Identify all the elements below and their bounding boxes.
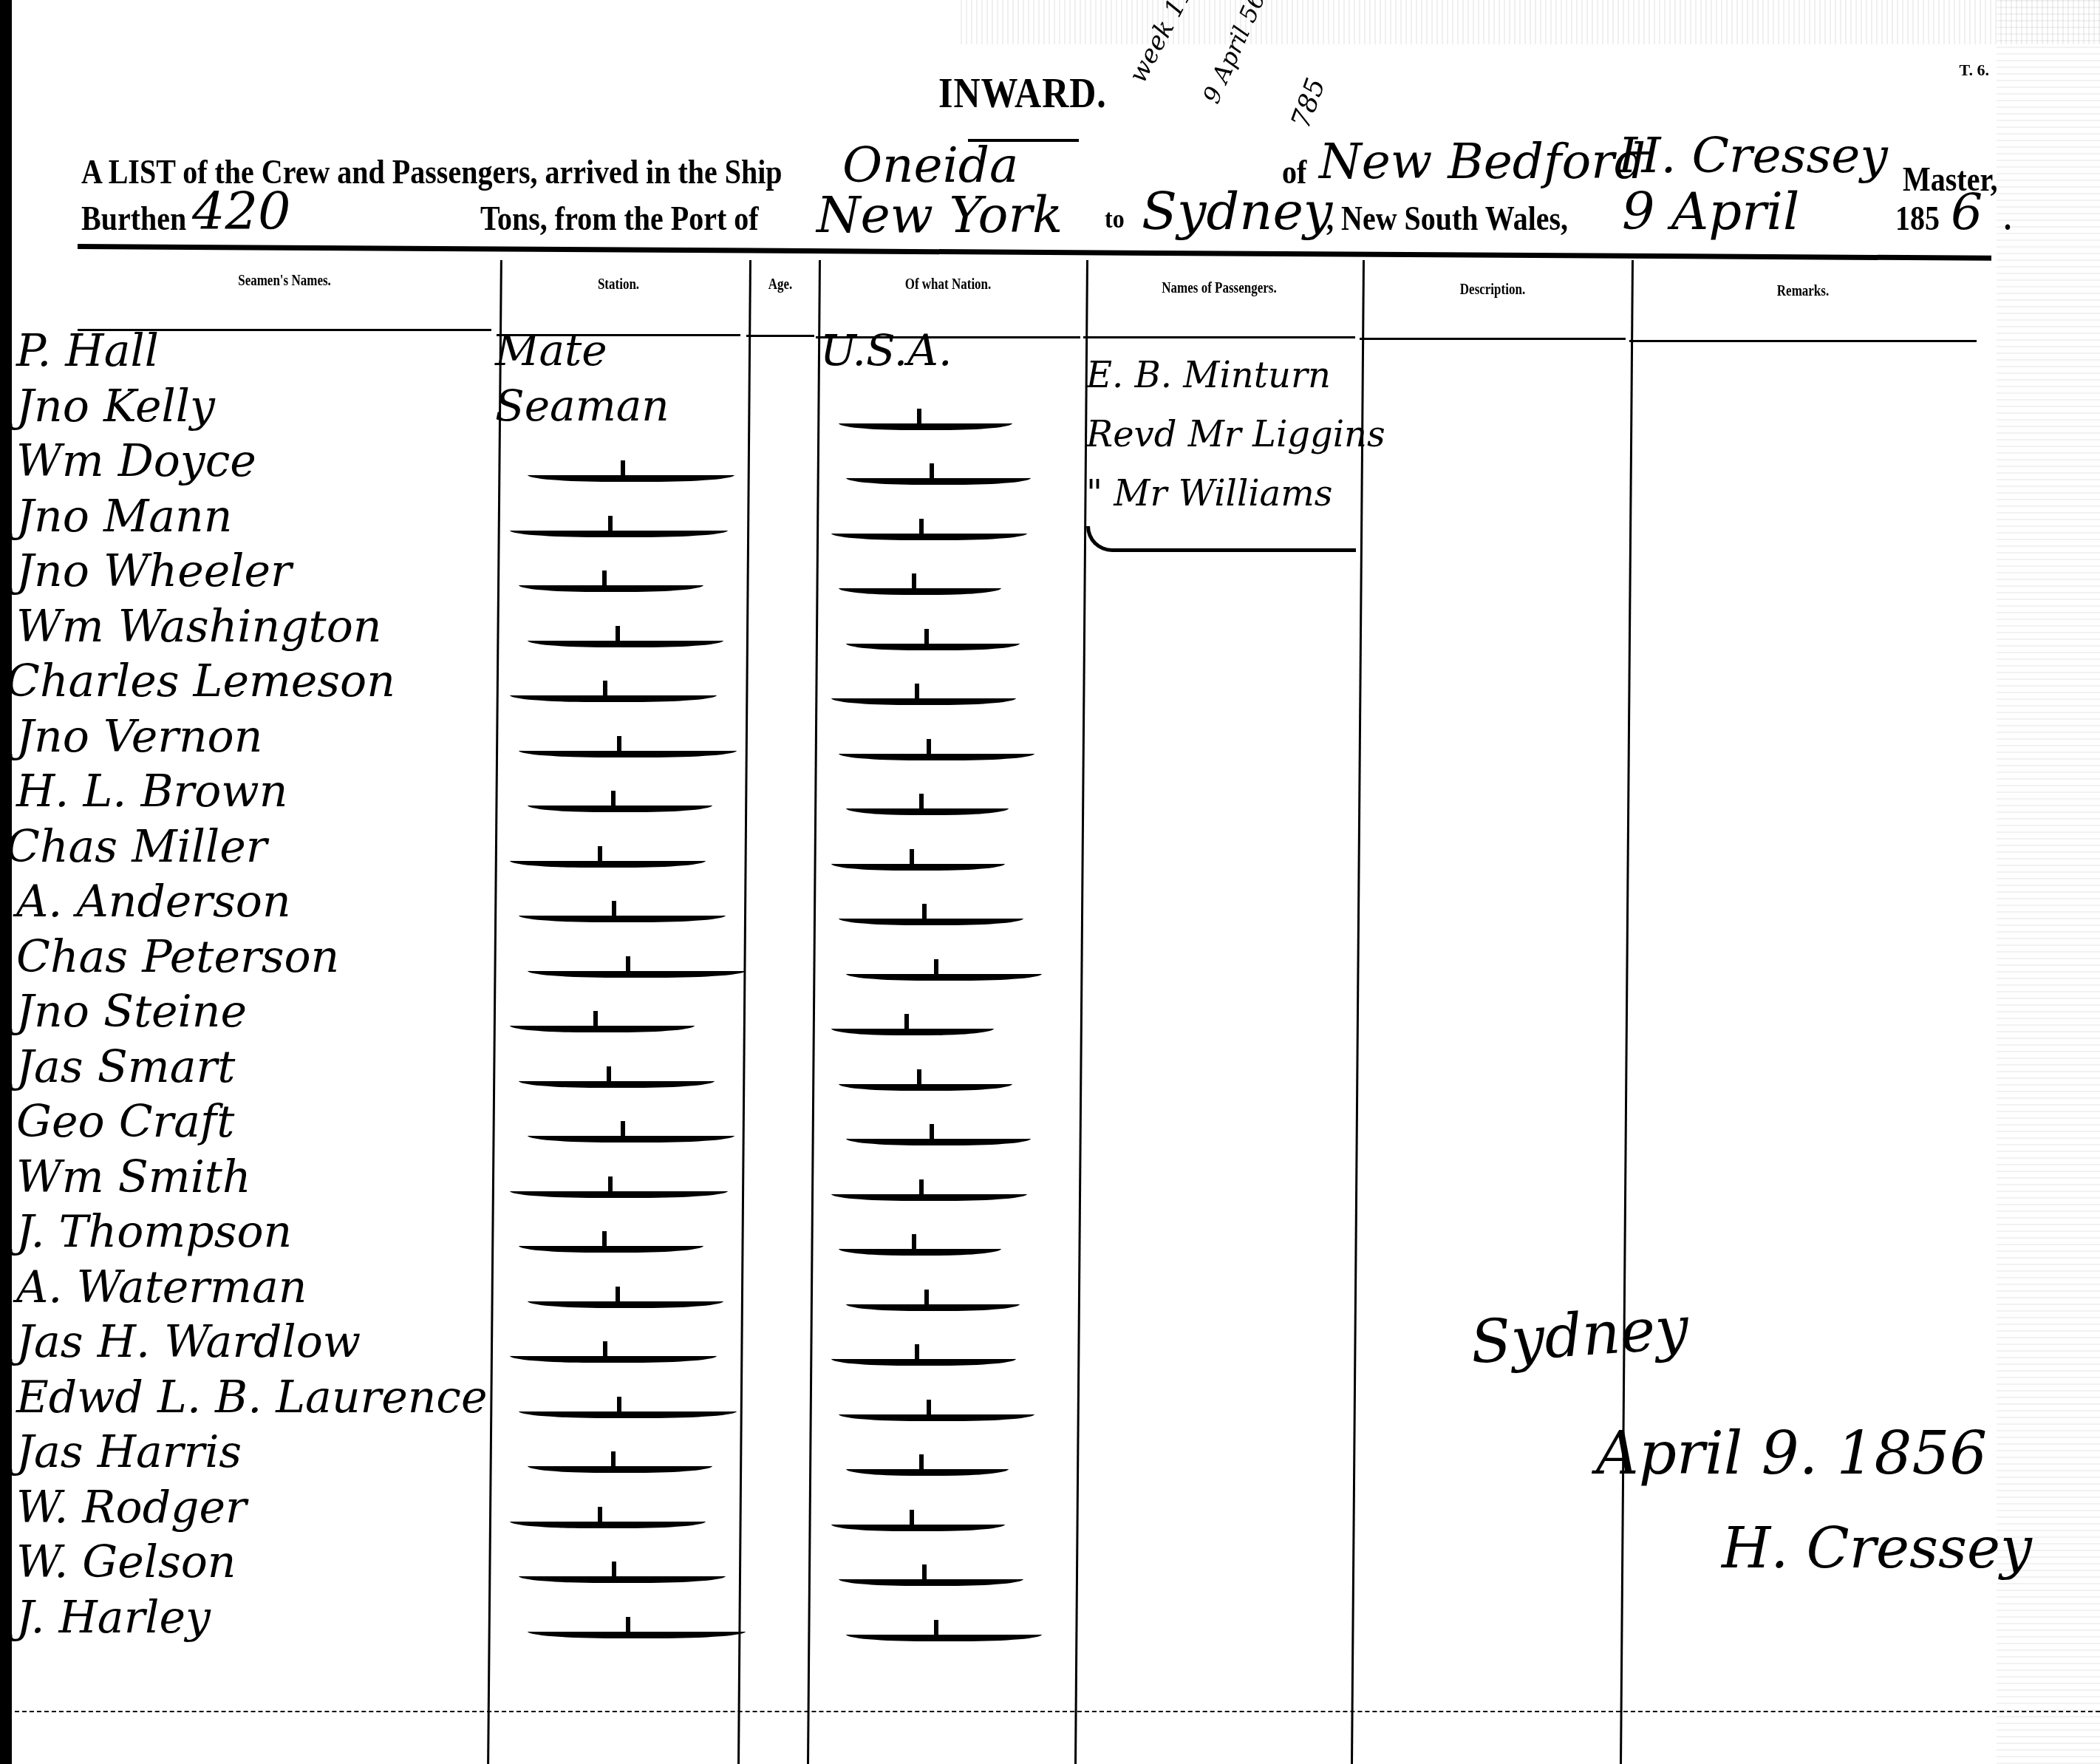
station-value: Seaman: [495, 381, 669, 431]
table-row: Chas Miller: [0, 821, 2100, 874]
table-row: Jno KellySeaman: [0, 381, 2100, 434]
ditto-mark: [519, 1401, 737, 1418]
column-header-age: Age.: [746, 276, 814, 294]
table-row: Chas Peterson: [0, 931, 2100, 984]
passenger-name: Revd Mr Liggins: [1086, 414, 1385, 455]
ditto-mark: [846, 1459, 1009, 1476]
ditto-mark: [528, 1621, 746, 1638]
seaman-name: A. Waterman: [16, 1261, 307, 1313]
table-row: P. HallMateU.S.A.: [0, 325, 2100, 378]
ditto-mark: [831, 1184, 1027, 1201]
ditto-mark: [831, 854, 1005, 871]
seaman-name: Chas Miller: [6, 821, 267, 873]
seaman-name: J. Thompson: [16, 1206, 292, 1258]
seaman-name: Jno Steine: [16, 986, 247, 1038]
table-row: Wm Washington: [0, 601, 2100, 654]
ditto-mark: [846, 633, 1020, 650]
column-header-nation: Of what Nation.: [816, 276, 1080, 294]
ditto-mark: [510, 685, 717, 702]
seaman-name: Wm Smith: [16, 1151, 251, 1203]
ditto-mark: [831, 1514, 1005, 1531]
ditto-mark: [839, 1074, 1012, 1091]
bottom-dashed-rule: [7, 1711, 2100, 1712]
ship-name: Oneida: [842, 137, 1018, 194]
ditto-mark: [839, 1404, 1034, 1421]
signoff-signature: H. Cressey: [1722, 1515, 2032, 1581]
seaman-name: Geo Craft: [16, 1096, 234, 1148]
table-row: Jno Steine: [0, 986, 2100, 1039]
passenger-name: " Mr Williams: [1086, 473, 1332, 514]
arrival-date: 9 April: [1622, 181, 1799, 242]
seaman-name: Edwd L. B. Laurence: [16, 1372, 487, 1423]
ditto-mark: [519, 905, 726, 922]
document-title: INWARD.: [938, 68, 1107, 118]
table-row: J. Harley: [0, 1592, 2100, 1645]
seaman-name: H. L. Brown: [16, 766, 287, 817]
form-code: T. 6.: [1959, 61, 1989, 80]
passenger-name: E. B. Minturn: [1086, 355, 1331, 396]
year-prefix: 185: [1895, 198, 1940, 238]
ditto-mark: [510, 851, 706, 868]
table-row: Jno Mann: [0, 491, 2100, 544]
to-label: to: [1105, 203, 1125, 235]
ditto-mark: [528, 1456, 712, 1473]
column-header-remarks: Remarks.: [1629, 282, 1977, 301]
from-port: New York: [817, 186, 1063, 245]
signoff-date: April 9. 1856: [1596, 1419, 1987, 1488]
ditto-mark: [831, 1349, 1016, 1366]
table-row: A. Anderson: [0, 876, 2100, 929]
seaman-name: Jas Smart: [16, 1041, 235, 1093]
ditto-mark: [839, 578, 1001, 595]
table-row: Charles Lemeson: [0, 655, 2100, 709]
table-row: Jas H. Wardlow: [0, 1316, 2100, 1369]
table-row: Edwd L. B. Laurence: [0, 1372, 2100, 1425]
ditto-mark: [831, 523, 1027, 540]
destination-port: Sydney: [1142, 181, 1332, 242]
year-period: .: [2004, 198, 2011, 238]
seaman-name: Jno Mann: [16, 491, 232, 542]
ditto-mark: [831, 1018, 994, 1035]
ditto-mark: [846, 798, 1009, 815]
ditto-mark: [510, 1511, 706, 1528]
column-header-station: Station.: [497, 276, 740, 294]
ditto-mark: [839, 1239, 1001, 1256]
seaman-name: Wm Doyce: [16, 435, 256, 487]
seaman-name: W. Gelson: [16, 1536, 236, 1588]
seaman-name: J. Harley: [16, 1592, 211, 1644]
seaman-name: Jno Vernon: [16, 711, 262, 763]
ditto-mark: [839, 1569, 1023, 1586]
ditto-mark: [839, 743, 1034, 760]
ditto-mark: [839, 413, 1012, 430]
ditto-mark: [510, 1346, 717, 1363]
ditto-mark: [528, 630, 723, 647]
seaman-name: Chas Peterson: [16, 931, 339, 983]
burthen-label: Burthen: [81, 198, 186, 238]
margin-annotation-3: 785: [1286, 74, 1332, 132]
passenger-brace: [1086, 526, 1356, 552]
column-header-passengers: Names of Passengers.: [1083, 279, 1355, 298]
seaman-name: Jas Harris: [16, 1426, 242, 1478]
seaman-name: Jno Kelly: [16, 381, 215, 432]
seaman-name: Charles Lemeson: [6, 655, 395, 707]
header-thick-rule: [78, 244, 1991, 261]
table-row: Jas Smart: [0, 1041, 2100, 1094]
seaman-name: Jas H. Wardlow: [16, 1316, 361, 1368]
tons-label: Tons, from the Port of: [480, 198, 759, 238]
seaman-name: Jno Wheeler: [16, 545, 292, 597]
table-row: Geo Craft: [0, 1096, 2100, 1149]
table-row: Jno Wheeler: [0, 545, 2100, 599]
seaman-name: W. Rodger: [16, 1482, 247, 1533]
burthen-value: 420: [192, 181, 291, 242]
station-value: Mate: [495, 325, 607, 375]
ditto-mark: [528, 1291, 723, 1308]
ditto-mark: [831, 688, 1016, 705]
ditto-mark: [846, 468, 1031, 485]
ditto-mark: [839, 908, 1023, 925]
ditto-mark: [510, 520, 728, 537]
header-line1-prefix: A LIST of the Crew and Passengers, arriv…: [81, 151, 783, 191]
ditto-mark: [510, 1015, 695, 1032]
nation-value: U.S.A.: [820, 325, 952, 375]
ditto-mark: [519, 1566, 726, 1583]
ditto-mark: [528, 1126, 734, 1142]
seaman-name: A. Anderson: [16, 876, 291, 927]
ditto-mark: [528, 465, 734, 482]
ditto-mark: [519, 740, 737, 757]
ditto-mark: [846, 964, 1042, 981]
ditto-mark: [510, 1181, 728, 1198]
table-row: Jno Vernon: [0, 711, 2100, 764]
ditto-mark: [846, 1294, 1020, 1311]
region-label: , New South Wales,: [1326, 198, 1568, 238]
seaman-name: Wm Washington: [16, 601, 381, 653]
table-row: Wm Doyce: [0, 435, 2100, 488]
table-row: H. L. Brown: [0, 766, 2100, 819]
table-row: A. Waterman: [0, 1261, 2100, 1315]
ditto-mark: [519, 1236, 703, 1253]
ditto-mark: [519, 1071, 715, 1088]
home-port: New Bedford: [1319, 133, 1646, 190]
seaman-name: P. Hall: [16, 325, 159, 377]
column-header-description: Description.: [1360, 281, 1626, 299]
table-row: J. Thompson: [0, 1206, 2100, 1259]
ditto-mark: [528, 961, 746, 978]
ditto-mark: [846, 1128, 1031, 1145]
table-row: Wm Smith: [0, 1151, 2100, 1205]
ditto-mark: [528, 795, 712, 812]
column-header-seamen-names: Seamen's Names.: [78, 272, 491, 290]
master-name: H. Cressey: [1618, 127, 1888, 184]
year-suffix: 6: [1951, 183, 1983, 242]
ditto-mark: [519, 575, 703, 592]
ditto-mark: [846, 1624, 1042, 1641]
scan-noise-top: [961, 0, 2100, 44]
